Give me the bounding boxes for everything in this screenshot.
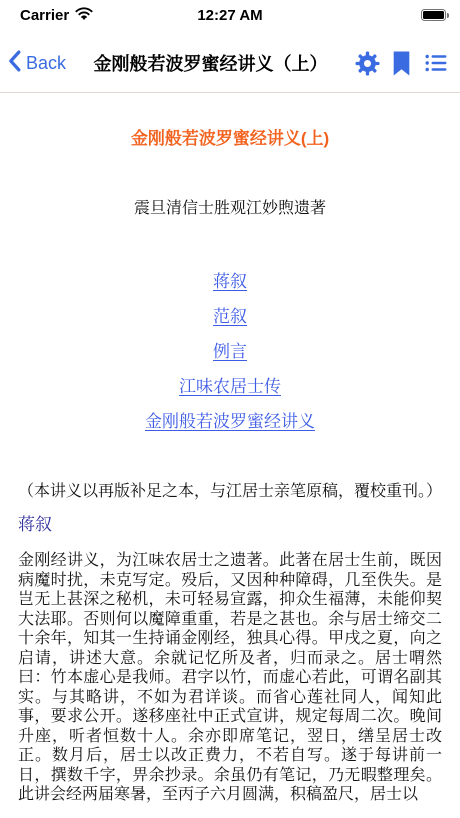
gear-icon[interactable] [355,51,380,76]
toc-link-li-yan[interactable]: 例言 [18,342,442,362]
toc-link-lecture-notes[interactable]: 金刚般若波罗蜜经讲义 [18,412,442,432]
toc-link-biography[interactable]: 江味农居士传 [18,377,442,397]
battery-icon [421,9,446,21]
author-line: 震旦清信士胜观江妙煦遗著 [18,198,442,220]
app-screen: Carrier 12:27 AM [0,0,460,818]
status-right [233,9,446,21]
bookmark-icon[interactable] [389,51,414,76]
wifi-icon [75,6,93,24]
status-time: 12:27 AM [197,7,262,24]
carrier-label: Carrier [20,7,69,24]
status-bar: Carrier 12:27 AM [0,0,460,28]
document-content[interactable]: 金刚般若波罗蜜经讲义(上) 震旦清信士胜观江妙煦遗著 蒋叙 范叙 例言 江味农居… [0,93,460,817]
toc-link-fan-xu[interactable]: 范叙 [18,307,442,327]
document-title: 金刚般若波罗蜜经讲义(上) [18,128,442,150]
toc-link-jiang-xu[interactable]: 蒋叙 [18,272,442,292]
edition-note: （本讲义以再版补足之本，与江居士亲笔原稿，覆校重刊。） [18,480,442,503]
chevron-left-icon [8,50,21,77]
page-title: 金刚般若波罗蜜经讲义（上） [66,50,355,76]
back-button[interactable]: Back [8,50,66,77]
list-icon[interactable] [423,51,448,76]
battery-fill [423,11,444,19]
nav-bar: Back 金刚般若波罗蜜经讲义（上） [0,28,460,93]
battery-nub [447,13,450,18]
section-heading: 蒋叙 [18,515,442,535]
table-of-contents: 蒋叙 范叙 例言 江味农居士传 金刚般若波罗蜜经讲义 [18,272,442,432]
nav-actions [355,51,448,76]
back-button-label: Back [26,53,66,74]
body-paragraph: 金刚经讲义，为江味农居士之遗著。此著在居士生前，既因病魔时扰，未克写定。殁后，又… [18,551,442,805]
